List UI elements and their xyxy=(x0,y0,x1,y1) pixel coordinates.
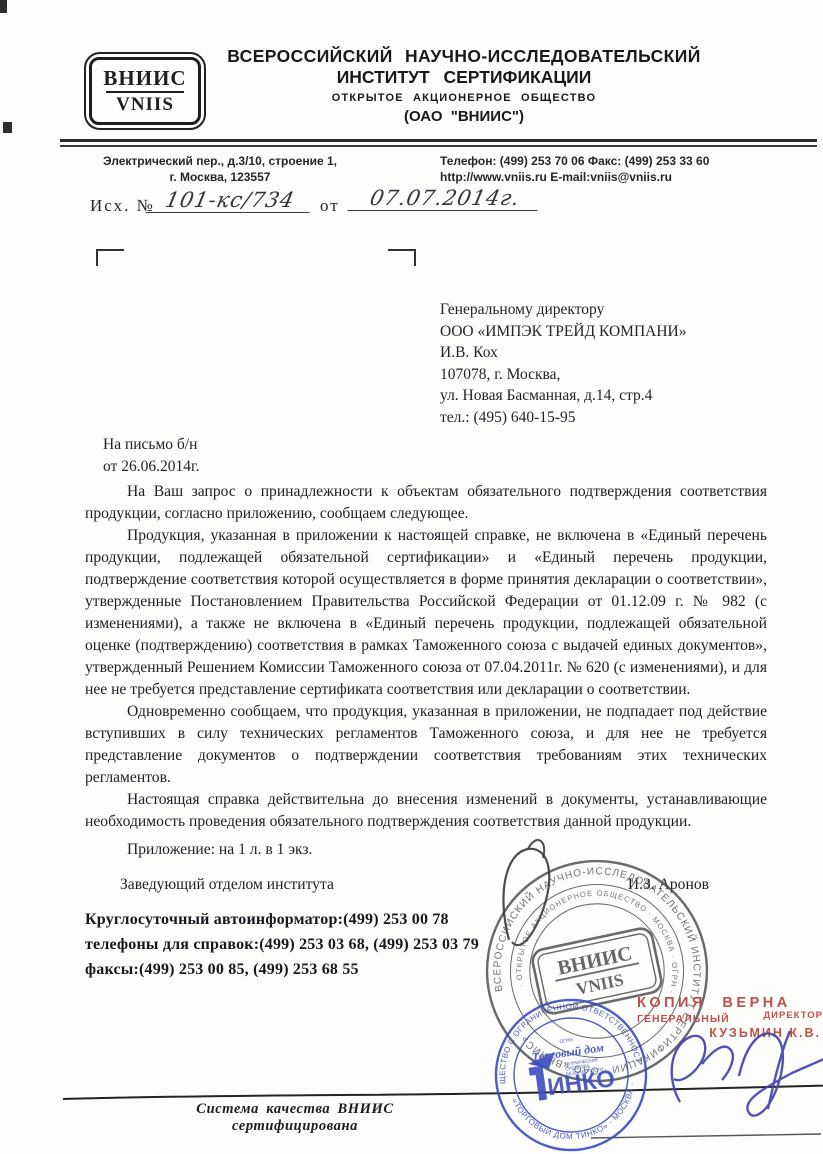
outgoing-date-handwritten: 07.07.2014г. xyxy=(347,186,542,211)
addressee-city: 107078, г. Москва, xyxy=(440,364,686,386)
quality-system-line: Система качества ВНИИС сертифицирована xyxy=(150,1101,440,1135)
signature-aronov-stroke xyxy=(503,849,549,945)
signature-kuzmin-stroke3 xyxy=(739,1034,823,1116)
addressee-block: Генеральному директору ООО «ИМПЭК ТРЕЙД … xyxy=(440,299,686,428)
header-rule-thick xyxy=(60,139,817,142)
logo-text-en: VNIIS xyxy=(116,94,174,116)
org-name-line2: ИНСТИТУТ СЕРТИФИКАЦИИ xyxy=(218,67,710,88)
org-phone-fax: Телефон: (499) 253 70 06 Факс: (499) 253… xyxy=(440,153,815,169)
org-web-email: http://www.vniis.ru E-mail:vniis@vniis.r… xyxy=(440,169,815,185)
org-address-block: Электрический пер., д.3/10, строение 1, … xyxy=(70,153,370,185)
paragraph-1: На Ваш запрос о принадлежности к объекта… xyxy=(85,481,767,525)
org-address-line1: Электрический пер., д.3/10, строение 1, xyxy=(70,153,370,169)
org-address-line2: г. Москва, 123557 xyxy=(70,169,370,185)
addressee-street: ул. Новая Басманная, д.14, стр.4 xyxy=(440,385,686,407)
logo-divider xyxy=(106,91,184,93)
paragraph-2: Продукция, указанная в приложении к наст… xyxy=(85,525,767,701)
addressee-phone: тел.: (495) 640-15-95 xyxy=(440,407,686,429)
org-short-name: (ОАО "ВНИИС") xyxy=(218,107,710,126)
addressee-person: И.В. Кох xyxy=(440,342,686,364)
tinko-logo-t-bar xyxy=(529,1066,548,1102)
reference-line1: На письмо б/н xyxy=(103,434,199,456)
org-name-line1: ВСЕРОССИЙСКИЙ НАУЧНО-ИССЛЕДОВАТЕЛЬСКИЙ xyxy=(218,46,710,67)
letter-page: ВНИИС VNIIS ВСЕРОССИЙСКИЙ НАУЧНО-ИССЛЕДО… xyxy=(0,0,823,1154)
reference-line2: от 26.06.2014г. xyxy=(103,456,199,478)
outgoing-ot-label: от xyxy=(320,196,340,216)
signature-kuzmin xyxy=(640,1010,823,1130)
outgoing-number-handwritten: 101-кс/734 xyxy=(145,188,314,213)
scan-speck xyxy=(3,122,12,133)
paragraph-4: Настоящая справка действительна до внесе… xyxy=(85,789,767,833)
address-window-corner-left xyxy=(96,249,124,266)
signature-kuzmin-stroke1 xyxy=(672,1036,705,1102)
logo-text-ru: ВНИИС xyxy=(103,66,186,90)
address-window-corner-right xyxy=(388,249,416,266)
org-contacts-block: Телефон: (499) 253 70 06 Факс: (499) 253… xyxy=(440,153,815,185)
outgoing-label: Исх. № xyxy=(90,196,155,216)
header-rule-thin xyxy=(60,145,817,147)
signature-kuzmin-stroke4 xyxy=(768,1031,790,1109)
vniis-logo: ВНИИС VNIIS xyxy=(84,52,206,130)
addressee-company: ООО «ИМПЭК ТРЕЙД КОМПАНИ» xyxy=(440,321,686,343)
signer-title: Заведующий отделом института xyxy=(120,874,334,896)
scan-speck xyxy=(0,0,7,13)
addressee-position: Генеральному директору xyxy=(440,299,686,321)
vniis-logo-box: ВНИИС VNIIS xyxy=(89,57,201,125)
reference-block: На письмо б/н от 26.06.2014г. xyxy=(103,434,199,478)
copy-verna-line1: КОПИЯ ВЕРНА xyxy=(637,995,823,1011)
tinko-round-stamp: ОБЩЕСТВО С ОГРАНИЧЕННОЙ ОТВЕТСТВЕННОСТЬЮ… xyxy=(492,996,650,1154)
org-form-line: ОТКРЫТОЕ АКЦИОНЕРНОЕ ОБЩЕСТВО xyxy=(218,90,710,107)
signature-aronov xyxy=(480,830,660,970)
signature-kuzmin-stroke2 xyxy=(702,1047,733,1080)
org-title-block: ВСЕРОССИЙСКИЙ НАУЧНО-ИССЛЕДОВАТЕЛЬСКИЙ И… xyxy=(218,46,710,126)
paragraph-3: Одновременно сообщаем, что продукция, ук… xyxy=(85,701,767,789)
